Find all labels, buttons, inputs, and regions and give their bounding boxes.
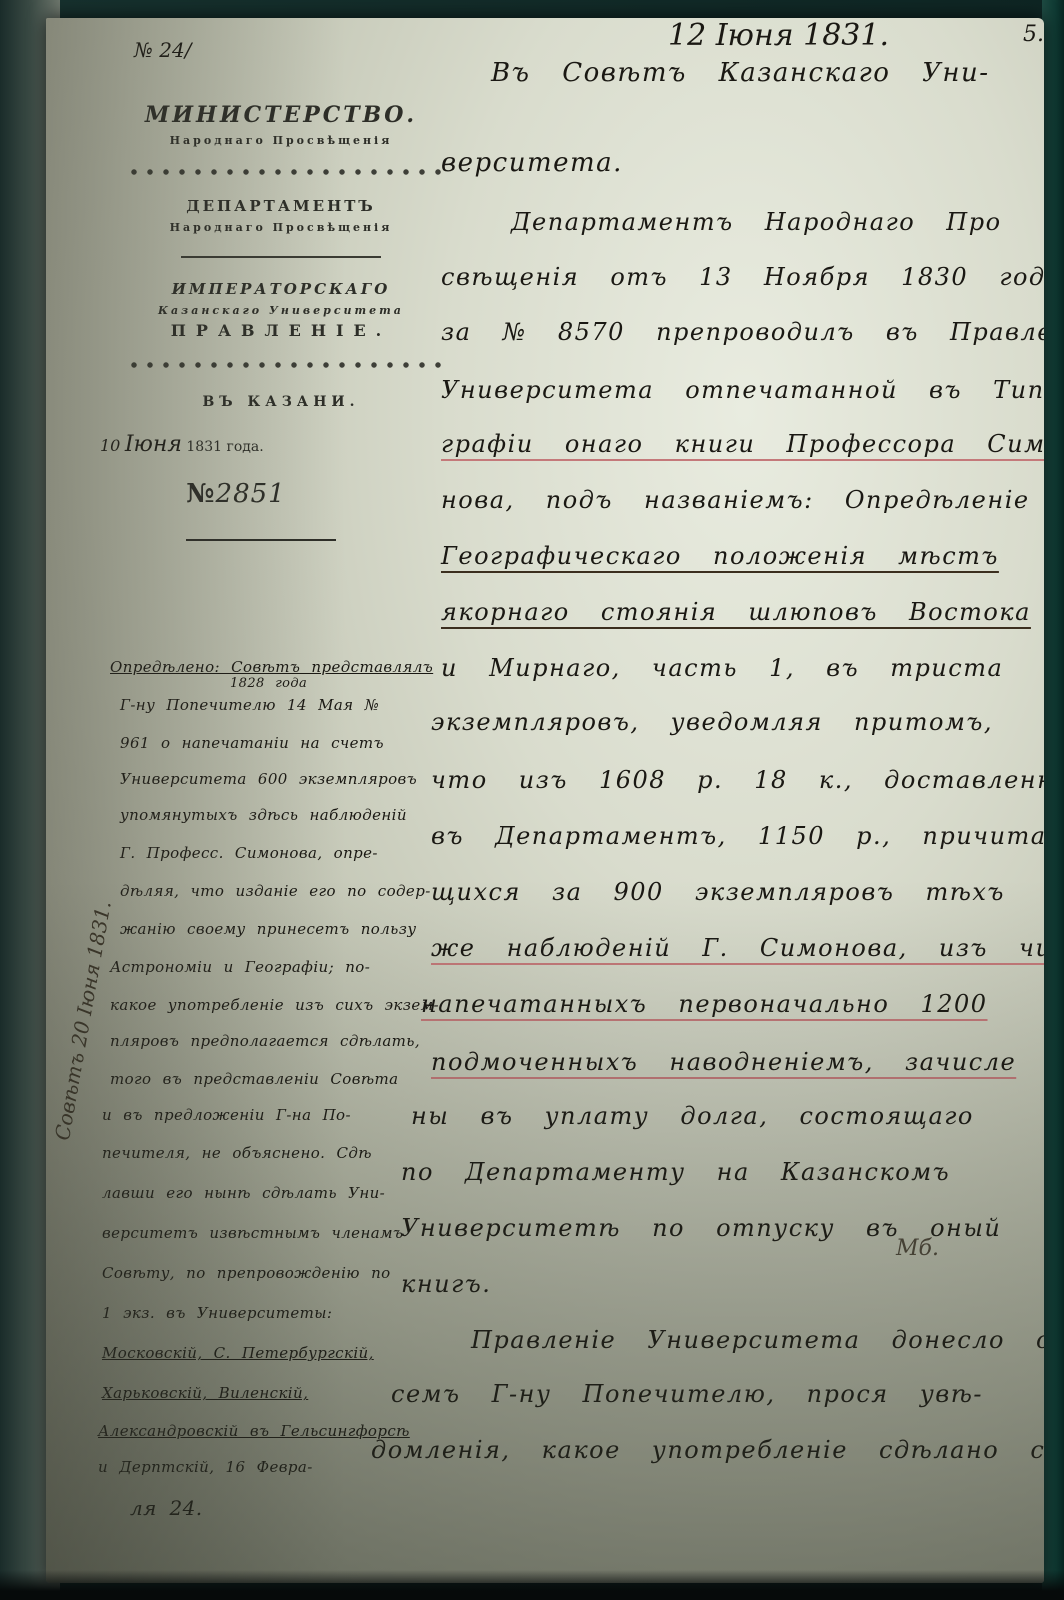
margin-line: Совѣту, по препровожденію по — [102, 1264, 391, 1282]
date-year: 1831 — [186, 439, 222, 455]
main-line: графіи онаго книги Профессора Симо — [441, 430, 1044, 458]
wavy-divider — [126, 167, 446, 177]
board-title: ПРАВЛЕНІЕ. — [106, 321, 456, 340]
received-date: 12 Іюня 1831. — [668, 18, 889, 53]
letterhead-bottom-rule — [186, 539, 336, 541]
main-line: подмоченныхъ наводненіемъ, зачисле — [431, 1048, 1016, 1076]
department-title: ДЕПАРТАМЕНТЪ — [106, 197, 456, 215]
main-line: свѣщенія отъ 13 Ноября 1830 года — [441, 263, 1044, 291]
number-value: 2851 — [216, 479, 286, 509]
margin-line: Александровскій въ Гельсингфорсѣ — [98, 1422, 410, 1440]
margin-line: Г-ну Попечителю 14 Мая № — [120, 696, 379, 714]
margin-line: того въ представленіи Совѣта — [110, 1070, 398, 1088]
main-line: ны въ уплату долга, состоящаго — [411, 1102, 974, 1130]
archive-number: № 24/ — [134, 38, 191, 62]
imperial-title: ИМПЕРАТОРСКАГО — [106, 280, 456, 298]
margin-line: Московскій, С. Петербургскій, — [102, 1344, 374, 1362]
main-line: экземпляровъ, уведомляя притомъ, — [431, 708, 993, 736]
margin-line: верситетъ извѣстнымъ членамъ — [102, 1224, 403, 1242]
date-suffix: года. — [226, 439, 263, 455]
main-line: Правленіе Университета донесло о — [471, 1326, 1044, 1354]
city-label: ВЪ КАЗАНИ. — [106, 394, 456, 410]
margin-line: Г. Професс. Симонова, опре- — [120, 844, 378, 862]
margin-line: жанію своему принесетъ пользу — [120, 920, 416, 938]
main-line: якорнаго стоянія шлюповъ Востока — [441, 598, 1031, 626]
outgoing-number: №2851 — [106, 479, 456, 509]
main-line: что изъ 1608 р. 18 к., доставленныхъ — [431, 766, 1044, 794]
bottom-shadow — [0, 1570, 1064, 1600]
main-line: домленія, какое употребленіе сдѣлано свѣ… — [371, 1436, 1044, 1464]
page-number: 5. — [1023, 22, 1044, 47]
main-line: и Мирнаго, часть 1, въ триста — [441, 654, 1003, 682]
main-line: напечатанныхъ первоначально 1200 — [421, 990, 988, 1018]
main-line: верситета. — [441, 148, 623, 178]
main-line: семъ Г-ну Попечителю, прося увѣ- — [391, 1380, 983, 1408]
margin-line: и Дерптскій, 16 Февра- — [98, 1458, 313, 1476]
department-subtitle: Народнаго Просвѣщенія — [106, 221, 456, 234]
margin-line: упомянутыхъ здѣсь наблюденій — [120, 806, 407, 824]
main-line: нова, подъ названіемъ: Опредѣленіе — [441, 486, 1030, 514]
number-prefix: № — [186, 479, 215, 509]
margin-line: печителя, не объяснено. Сдѣ — [102, 1144, 372, 1162]
main-line: въ Департаментъ, 1150 р., причитаю — [431, 822, 1044, 850]
main-line: Въ Совѣтъ Казанскаго Уни- — [491, 58, 990, 88]
date-month: Іюня — [125, 432, 182, 457]
main-line: за № 8570 препроводилъ въ Правленіе — [441, 318, 1044, 346]
margin-line: 1 экз. въ Университеты: — [102, 1304, 332, 1322]
margin-line: пляровъ предполагается сдѣлать, — [110, 1032, 420, 1050]
main-line: Департаментъ Народнаго Про — [511, 208, 1002, 236]
margin-line: Опредѣлено: Совѣтъ представлялъ — [110, 658, 433, 676]
university-name: Казанскаго Университета — [106, 304, 456, 317]
margin-line: лавши его нынѣ сдѣлать Уни- — [102, 1184, 385, 1202]
margin-line: Харьковскій, Виленскій, — [102, 1384, 308, 1402]
main-line: по Департаменту на Казанскомъ — [401, 1158, 950, 1186]
margin-line: какое употребленіе изъ сихъ экзем- — [110, 996, 439, 1014]
ministry-title: МИНИСТЕРСТВО. — [106, 102, 456, 128]
straight-divider — [181, 256, 381, 258]
main-line: Университета отпечатанной въ Типо — [441, 376, 1044, 404]
letterhead: № 24/ МИНИСТЕРСТВО. Народнаго Просвѣщені… — [106, 38, 456, 541]
green-mount-edge — [1042, 0, 1064, 1600]
letter-date: 10 Іюня 1831 года. — [100, 432, 450, 457]
wavy-divider-2 — [126, 360, 446, 370]
document-page: № 24/ МИНИСТЕРСТВО. Народнаго Просвѣщені… — [46, 18, 1044, 1583]
main-line: же наблюденій Г. Симонова, изъ числа — [431, 934, 1044, 962]
ministry-subtitle: Народнаго Просвѣщенія — [106, 134, 456, 147]
margin-line: Астрономіи и Географіи; по- — [110, 958, 370, 976]
main-line: книгъ. — [401, 1270, 491, 1298]
paraph-mark: Мб. — [896, 1236, 939, 1261]
margin-line: и въ предложеніи Г-на По- — [102, 1106, 351, 1124]
margin-line: Университета 600 экземпляровъ — [120, 770, 417, 788]
main-line: Географическаго положенія мѣстъ — [441, 542, 999, 570]
margin-line: 1828 года — [230, 676, 307, 691]
margin-line: дѣляя, что изданіе его по содер- — [120, 882, 431, 900]
date-day: 10 — [100, 436, 120, 455]
main-line: щихся за 900 экземпляровъ тѣхъ — [431, 878, 1005, 906]
margin-line: 961 о напечатаніи на счетъ — [120, 734, 384, 752]
margin-line: ля 24. — [130, 1496, 203, 1520]
